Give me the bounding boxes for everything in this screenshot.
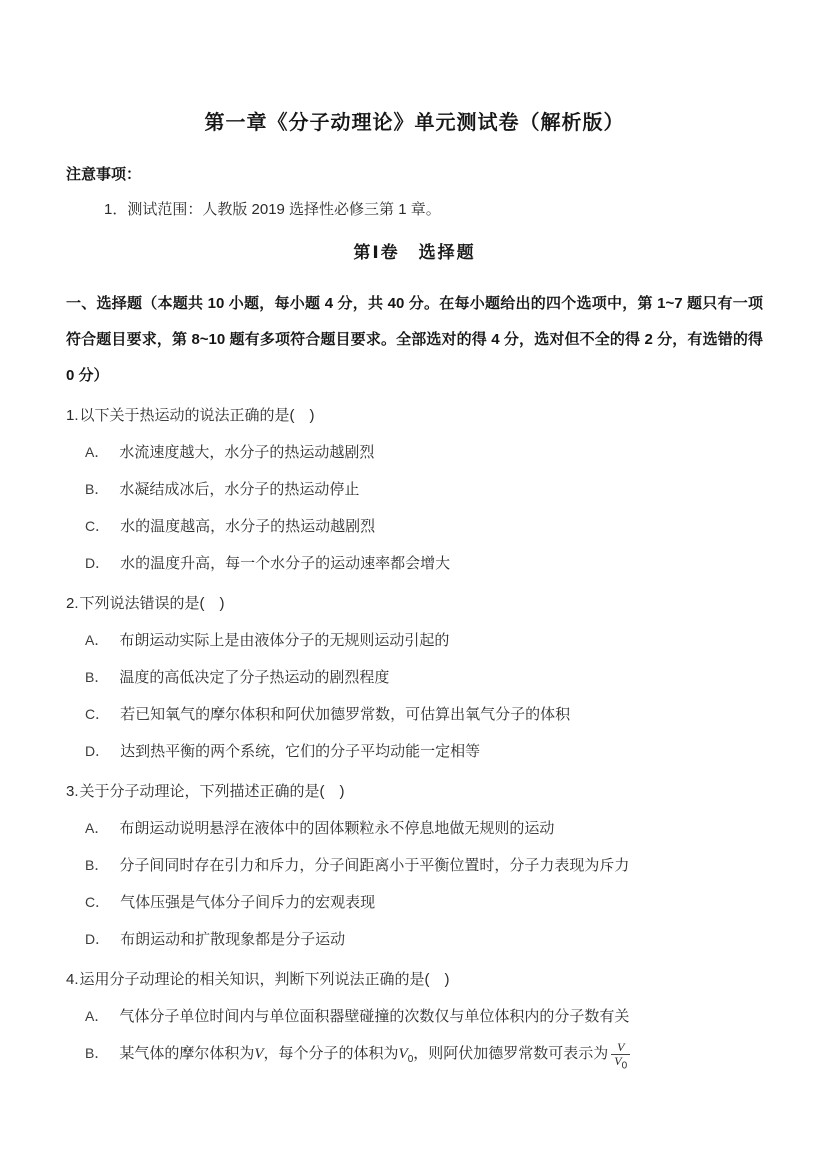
question-3-option-d: D．布朗运动和扩散现象都是分子运动	[66, 921, 763, 958]
question-1-stem: 1.以下关于热运动的说法正确的是( )	[66, 398, 763, 434]
option-label: A．	[85, 444, 108, 460]
option-label: A．	[85, 1008, 108, 1024]
question-3-stem-text: 关于分子动理论，下列描述正确的是( )	[80, 783, 345, 800]
fraction-V-over-V0: VV0	[611, 1041, 630, 1067]
option-label: A．	[85, 820, 108, 836]
question-2-option-d: D．达到热平衡的两个系统，它们的分子平均动能一定相等	[66, 733, 763, 770]
question-3-stem: 3.关于分子动理论，下列描述正确的是( )	[66, 774, 763, 810]
option-label: A．	[85, 632, 108, 648]
question-4-option-b: B．某气体的摩尔体积为V，每个分子的体积为V0，则阿伏加德罗常数可表示为VV0	[66, 1035, 763, 1072]
fraction-denominator: V0	[611, 1055, 630, 1068]
option-text: 水凝结成冰后，水分子的热运动停止	[119, 481, 359, 498]
option-label: C．	[85, 894, 109, 910]
question-3-option-b: B．分子间同时存在引力和斥力，分子间距离小于平衡位置时，分子力表现为斥力	[66, 847, 763, 884]
option-text: 达到热平衡的两个系统，它们的分子平均动能一定相等	[120, 743, 480, 760]
option-label: C．	[85, 518, 109, 534]
question-2-stem: 2.下列说法错误的是( )	[66, 586, 763, 622]
option-label: D．	[85, 931, 109, 947]
question-4-number: 4.	[66, 971, 79, 988]
section-intro: 一、选择题（本题共 10 小题，每小题 4 分，共 40 分。在每小题给出的四个…	[66, 286, 763, 394]
option-text: 水流速度越大，水分子的热运动越剧烈	[119, 444, 374, 461]
option-label: C．	[85, 706, 109, 722]
option-text: 分子间同时存在引力和斥力，分子间距离小于平衡位置时，分子力表现为斥力	[119, 857, 629, 874]
fraction-numerator: V	[611, 1041, 630, 1055]
question-2: 2.下列说法错误的是( ) A．布朗运动实际上是由液体分子的无规则运动引起的 B…	[66, 586, 763, 770]
question-1-stem-text: 以下关于热运动的说法正确的是( )	[80, 407, 315, 424]
question-2-option-c: C．若已知氧气的摩尔体积和阿伏加德罗常数，可估算出氧气分子的体积	[66, 696, 763, 733]
question-2-option-b: B．温度的高低决定了分子热运动的剧烈程度	[66, 659, 763, 696]
question-2-number: 2.	[66, 595, 79, 612]
option-label: D．	[85, 555, 109, 571]
option-text: 水的温度升高，每一个水分子的运动速率都会增大	[120, 555, 450, 572]
option-label: B．	[85, 669, 108, 685]
question-3-option-a: A．布朗运动说明悬浮在液体中的固体颗粒永不停息地做无规则的运动	[66, 810, 763, 847]
option-text: 气体分子单位时间内与单位面积器壁碰撞的次数仅与单位体积内的分子数有关	[119, 1008, 629, 1025]
option-text: 若已知氧气的摩尔体积和阿伏加德罗常数，可估算出氧气分子的体积	[120, 706, 570, 723]
question-1-option-a: A．水流速度越大，水分子的热运动越剧烈	[66, 434, 763, 471]
option-text-segment: ，每个分子的体积为	[264, 1045, 399, 1062]
question-2-stem-text: 下列说法错误的是( )	[80, 595, 225, 612]
question-3: 3.关于分子动理论，下列描述正确的是( ) A．布朗运动说明悬浮在液体中的固体颗…	[66, 774, 763, 958]
document-page: 第一章《分子动理论》单元测试卷（解析版） 注意事项： 1．测试范围：人教版 20…	[0, 0, 827, 1169]
question-4-stem: 4.运用分子动理论的相关知识，判断下列说法正确的是( )	[66, 962, 763, 998]
question-4-stem-text: 运用分子动理论的相关知识，判断下列说法正确的是( )	[80, 971, 450, 988]
option-label: B．	[85, 1045, 108, 1061]
question-3-option-c: C．气体压强是气体分子间斥力的宏观表现	[66, 884, 763, 921]
subscript-zero: 0	[622, 1060, 628, 1071]
variable-V: V	[254, 1046, 263, 1062]
option-text: 布朗运动和扩散现象都是分子运动	[120, 931, 345, 948]
option-text: 某气体的摩尔体积为V，每个分子的体积为V0，则阿伏加德罗常数可表示为VV0	[119, 1045, 630, 1062]
option-label: D．	[85, 743, 109, 759]
part-heading: 第Ⅰ卷 选择题	[66, 241, 763, 265]
question-3-number: 3.	[66, 783, 79, 800]
notice-item: 1．测试范围：人教版 2019 选择性必修三第 1 章。	[66, 199, 763, 221]
option-text-segment: 某气体的摩尔体积为	[119, 1045, 254, 1062]
option-text: 温度的高低决定了分子热运动的剧烈程度	[119, 669, 389, 686]
question-2-option-a: A．布朗运动实际上是由液体分子的无规则运动引起的	[66, 622, 763, 659]
option-text: 水的温度越高，水分子的热运动越剧烈	[120, 518, 375, 535]
option-text: 布朗运动实际上是由液体分子的无规则运动引起的	[119, 632, 449, 649]
document-title: 第一章《分子动理论》单元测试卷（解析版）	[66, 108, 763, 138]
question-1-option-b: B．水凝结成冰后，水分子的热运动停止	[66, 471, 763, 508]
variable-V0: V	[399, 1046, 408, 1062]
question-1-option-c: C．水的温度越高，水分子的热运动越剧烈	[66, 508, 763, 545]
question-1-option-d: D．水的温度升高，每一个水分子的运动速率都会增大	[66, 545, 763, 582]
question-4-option-a: A．气体分子单位时间内与单位面积器壁碰撞的次数仅与单位体积内的分子数有关	[66, 998, 763, 1035]
question-1: 1.以下关于热运动的说法正确的是( ) A．水流速度越大，水分子的热运动越剧烈 …	[66, 398, 763, 582]
question-1-number: 1.	[66, 407, 79, 424]
option-label: B．	[85, 857, 108, 873]
option-text-segment: ，则阿伏加德罗常数可表示为	[413, 1045, 608, 1062]
question-4: 4.运用分子动理论的相关知识，判断下列说法正确的是( ) A．气体分子单位时间内…	[66, 962, 763, 1072]
option-text: 气体压强是气体分子间斥力的宏观表现	[120, 894, 375, 911]
option-label: B．	[85, 481, 108, 497]
option-text: 布朗运动说明悬浮在液体中的固体颗粒永不停息地做无规则的运动	[119, 820, 554, 837]
notice-heading: 注意事项：	[66, 164, 763, 186]
